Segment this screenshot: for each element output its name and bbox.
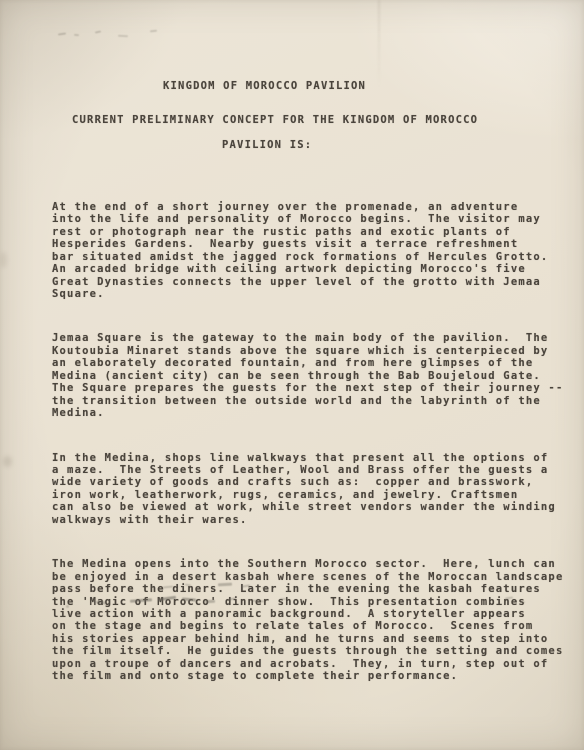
pencil-mark xyxy=(66,605,69,608)
paper-stain xyxy=(3,456,12,467)
pencil-mark xyxy=(74,34,79,36)
document-body: At the end of a short journey over the p… xyxy=(52,176,563,708)
scanned-document-page: KINGDOM OF MOROCCO PAVILION CURRENT PREL… xyxy=(0,0,584,750)
paragraph: Jemaa Square is the gateway to the main … xyxy=(52,332,563,419)
paragraph: The Medina opens into the Southern Moroc… xyxy=(52,558,563,683)
document-subtitle-line2: PAVILION IS: xyxy=(222,139,312,151)
paragraph: In the Medina, shops line walkways that … xyxy=(52,452,563,527)
paper-stain xyxy=(0,252,7,268)
paper-crease xyxy=(378,0,380,88)
paragraph: At the end of a short journey over the p… xyxy=(52,201,563,301)
pencil-mark xyxy=(150,30,157,33)
pencil-mark xyxy=(95,30,101,33)
pencil-mark xyxy=(205,600,215,603)
pencil-mark xyxy=(118,35,128,38)
document-subtitle-line1: CURRENT PRELIMINARY CONCEPT FOR THE KING… xyxy=(72,114,478,126)
pencil-mark xyxy=(262,587,268,589)
pencil-mark xyxy=(330,612,336,615)
pencil-mark xyxy=(58,32,66,35)
pencil-mark xyxy=(280,598,286,600)
document-title: KINGDOM OF MOROCCO PAVILION xyxy=(163,80,366,92)
